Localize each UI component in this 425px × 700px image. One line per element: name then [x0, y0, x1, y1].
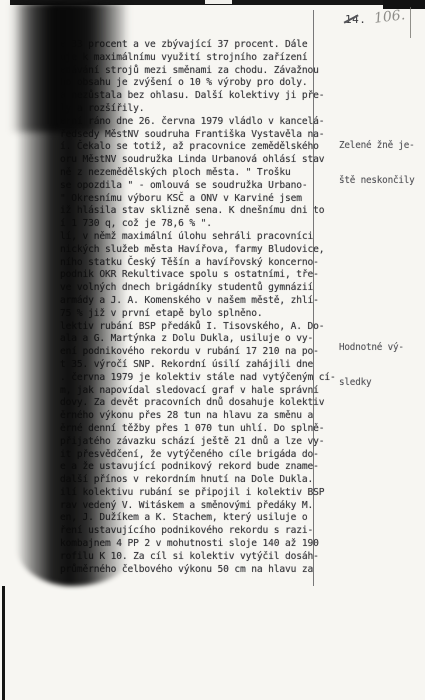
margin-note-line: Zelené žně je-	[339, 140, 423, 152]
right-edge-tick	[410, 7, 411, 38]
page-edge-line-bottom-left	[2, 586, 5, 700]
page-number-handwritten: 106.	[373, 7, 406, 27]
page-number-typed: 14.	[345, 13, 366, 26]
scanned-document-page: 14. 106. é 33 procent a ve zbývající 37 …	[0, 0, 425, 700]
film-edge-gap	[205, 0, 232, 4]
margin-note-line: Hodnotné vý-	[339, 342, 423, 354]
margin-note-harvest: Zelené žně je- ště neskončily	[339, 116, 423, 210]
binding-shadow-top	[10, 2, 130, 132]
margin-note-line: ště neskončily	[339, 175, 423, 187]
margin-note-results: Hodnotné vý- sledky	[339, 318, 423, 412]
margin-note-line: sledky	[339, 377, 423, 389]
